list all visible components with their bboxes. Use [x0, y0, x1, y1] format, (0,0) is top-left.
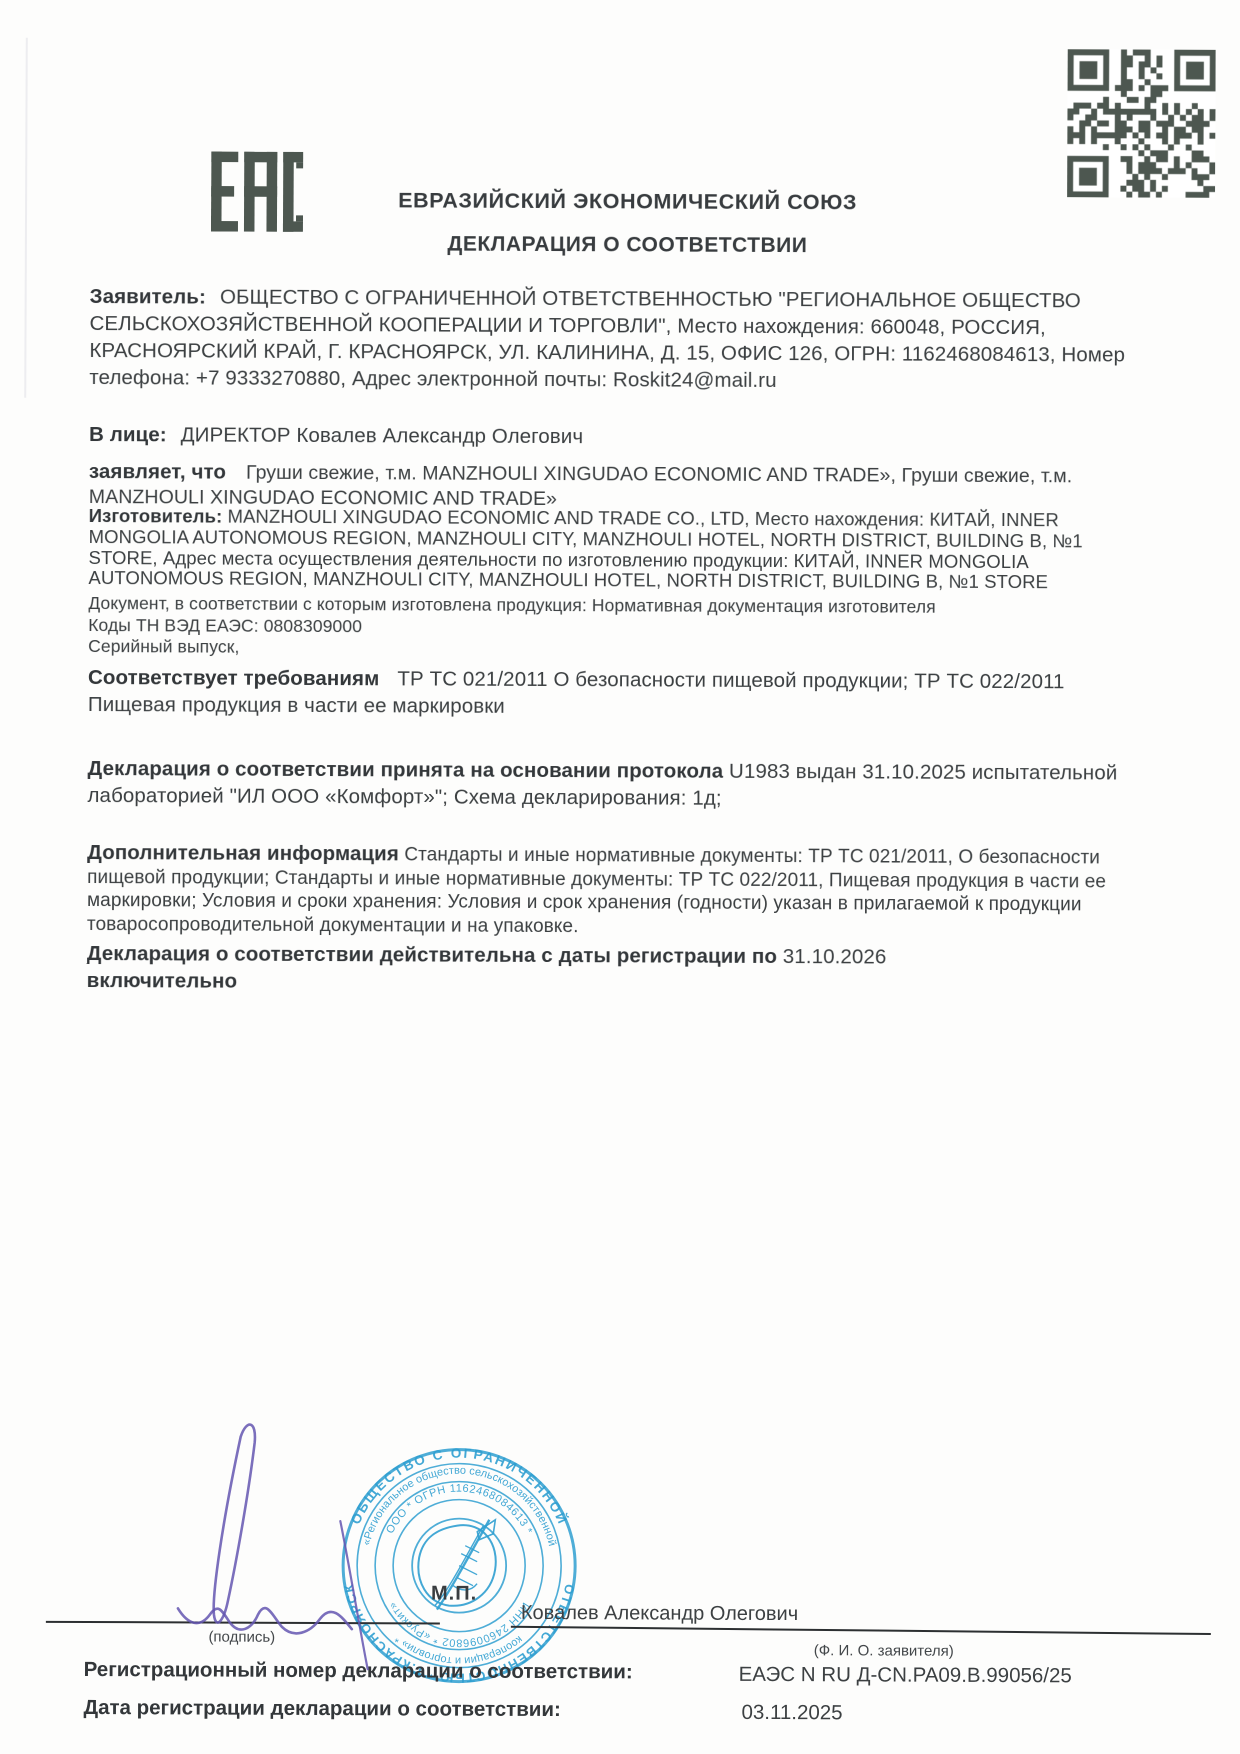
declaration-document: ЕВРАЗИЙСКИЙ ЭКОНОМИЧЕСКИЙ СОЮЗ ДЕКЛАРАЦИ… — [0, 0, 1240, 1754]
validity-suffix: включительно — [87, 967, 1153, 999]
handwritten-signature — [144, 1402, 425, 1683]
applicant-label: Заявитель: — [90, 285, 206, 309]
product-text: Груши свежие, т.м. MANZHOULI XINGUDAO EC… — [89, 462, 1073, 510]
scan-artifact-line — [24, 38, 27, 398]
in-person-text: ДИРЕКТОР Ковалев Александр Олегович — [181, 423, 584, 448]
serial-issue-line: Серийный выпуск, — [88, 636, 1154, 662]
basis-paragraph: Декларация о соответствии принята на осн… — [87, 755, 1153, 814]
declares-label: заявляет, что — [89, 460, 226, 484]
complies-paragraph: Соответствует требованиямТР ТС 021/2011 … — [88, 664, 1154, 723]
registration-number-value: ЕАЭС N RU Д-CN.PA09.B.99056/25 — [739, 1663, 1072, 1688]
validity-label: Декларация о соответствии действительна … — [87, 942, 777, 968]
manufacturer-block: Изготовитель: MANZHOULI XINGUDAO ECONOMI… — [88, 506, 1155, 662]
complies-label: Соответствует требованиям — [88, 666, 379, 690]
fio-caption: (Ф. И. О. заявителя) — [784, 1642, 984, 1660]
mp-label: М.П. — [431, 1583, 477, 1606]
in-person-line: В лице:ДИРЕКТОР Ковалев Александр Олегов… — [89, 421, 1155, 453]
applicant-text: ОБЩЕСТВО С ОГРАНИЧЕННОЙ ОТВЕТСТВЕННОСТЬЮ… — [89, 286, 1125, 392]
validity-date: 31.10.2026 — [783, 945, 887, 968]
fio-line — [511, 1626, 1211, 1635]
qr-code — [1067, 49, 1216, 198]
registration-date-value: 03.11.2025 — [741, 1701, 842, 1725]
manufacturer-text: MANZHOULI XINGUDAO ECONOMIC AND TRADE CO… — [88, 506, 1082, 593]
applicant-fio: Ковалев Александр Олегович — [521, 1602, 798, 1626]
validity-paragraph: Декларация о соответствии действительна … — [87, 940, 1153, 999]
basis-label: Декларация о соответствии принята на осн… — [88, 757, 724, 783]
registration-date-label: Дата регистрации декларации о соответств… — [83, 1696, 560, 1722]
manufacturer-label: Изготовитель: — [89, 505, 223, 527]
applicant-paragraph: Заявитель:ОБЩЕСТВО С ОГРАНИЧЕННОЙ ОТВЕТС… — [89, 283, 1155, 396]
union-title: ЕВРАЗИЙСКИЙ ЭКОНОМИЧЕСКИЙ СОЮЗ — [90, 187, 1165, 217]
additional-info-paragraph: Дополнительная информация Стандарты и ин… — [87, 841, 1153, 941]
manufacturer-paragraph: Изготовитель: MANZHOULI XINGUDAO ECONOMI… — [88, 506, 1154, 594]
additional-info-label: Дополнительная информация — [87, 841, 399, 865]
document-title: ДЕКЛАРАЦИЯ О СООТВЕТСТВИИ — [90, 231, 1165, 260]
in-person-label: В лице: — [89, 423, 167, 446]
